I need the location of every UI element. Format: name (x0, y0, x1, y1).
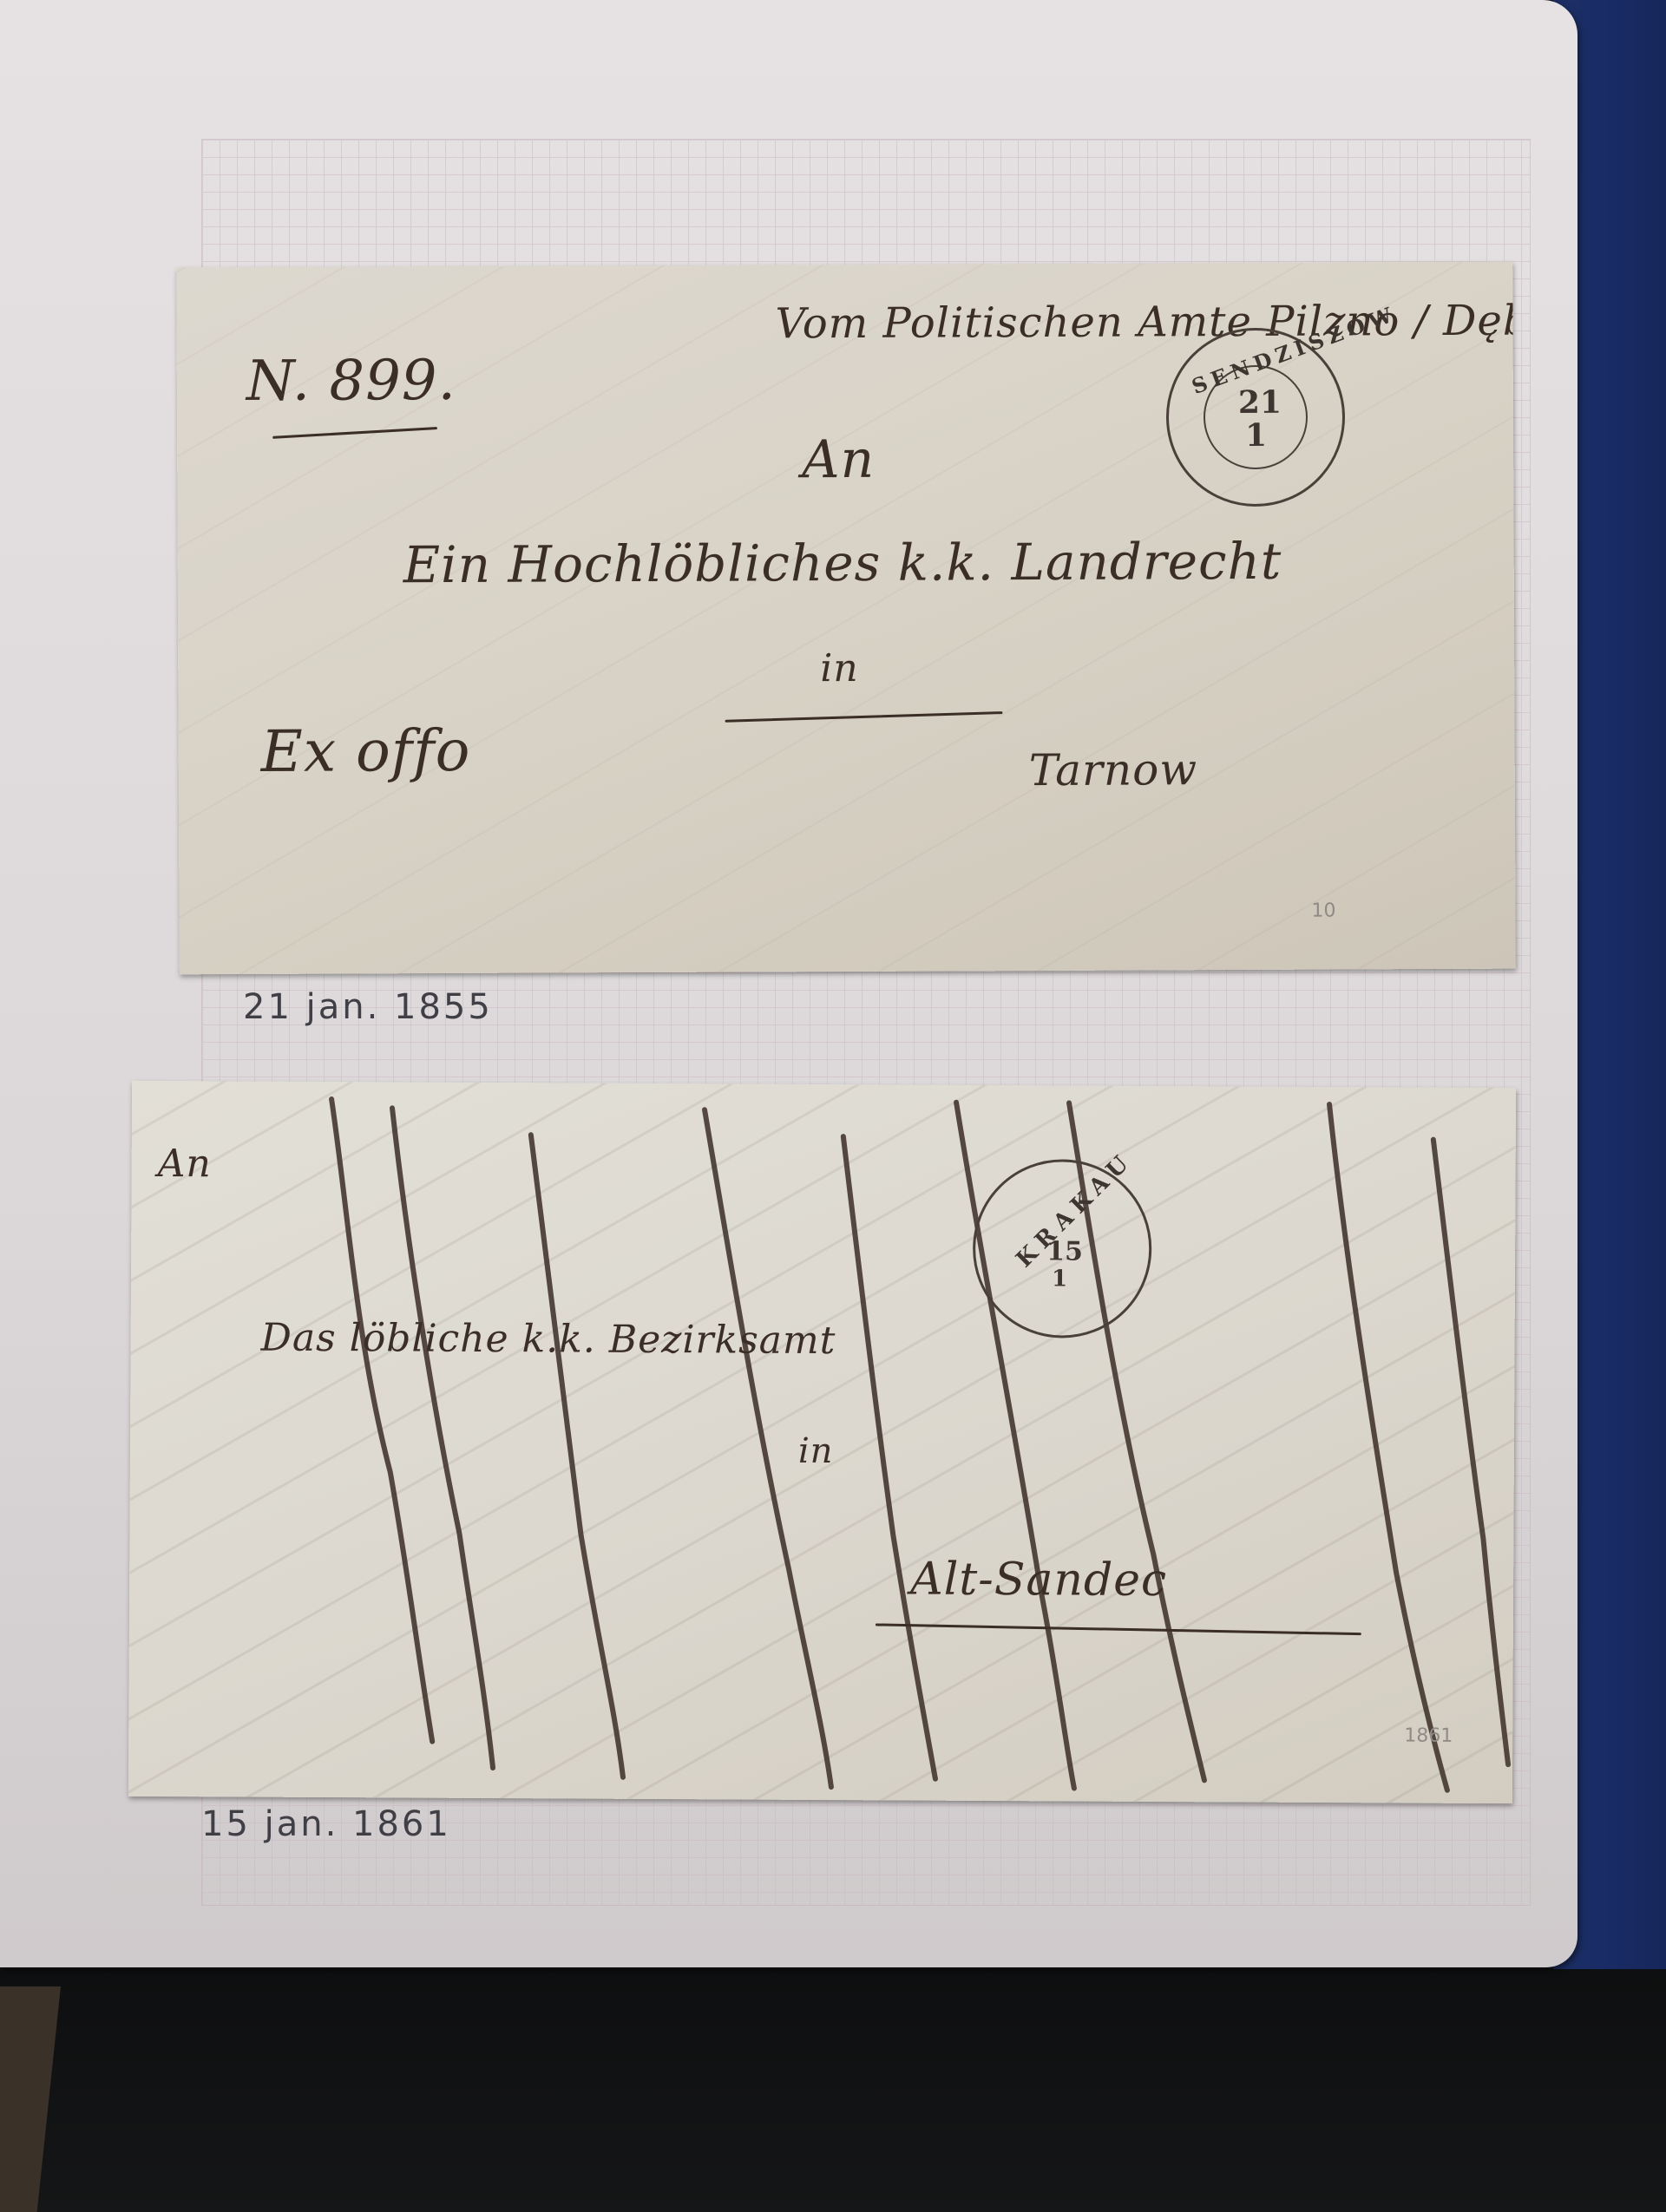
postmark-sendziszow: SENDZISZOW 21 1 (1166, 327, 1346, 507)
registry-underline (272, 427, 437, 439)
destination: Alt-Sandec (910, 1554, 1167, 1607)
postmark-day: 15 (1046, 1236, 1083, 1266)
postmark-month: 1 (1052, 1266, 1067, 1292)
cover-1861: An Das löbliche k.k. Bezirksamt in Alt-S… (128, 1081, 1516, 1803)
dark-background (0, 1969, 1666, 2212)
in-label: in (820, 646, 859, 690)
postmark-krakau: KRAKAU 15 1 (973, 1159, 1152, 1338)
postmark-month: 1 (1245, 417, 1267, 454)
recipient-prefix: An (802, 429, 875, 490)
cover-1855: N. 899. Vom Politischen Amte Pilzno / Dę… (176, 262, 1516, 975)
sender-line: Vom Politischen Amte Pilzno / Dębica (ha… (775, 295, 1515, 349)
destination: Tarnow (1029, 744, 1198, 795)
in-label: in (798, 1431, 834, 1471)
album-label-1855: 21 jan. 1855 (243, 987, 493, 1027)
address-underline (725, 711, 1003, 723)
recipient-prefix: An (158, 1142, 212, 1186)
recipient-line: Das löbliche k.k. Bezirksamt (260, 1316, 836, 1363)
registry-number: N. 899. (246, 349, 456, 414)
pencil-note: 1861 (1404, 1725, 1453, 1747)
left-note: Ex offo (260, 717, 470, 785)
postmark-day: 21 (1238, 384, 1282, 421)
album-page: N. 899. Vom Politischen Amte Pilzno / Dę… (0, 0, 1577, 1967)
album-label-1861: 15 jan. 1861 (201, 1804, 451, 1844)
recipient-line: Ein Hochlöbliches k.k. Landrecht (403, 532, 1282, 594)
pencil-note: 10 (1311, 900, 1335, 922)
